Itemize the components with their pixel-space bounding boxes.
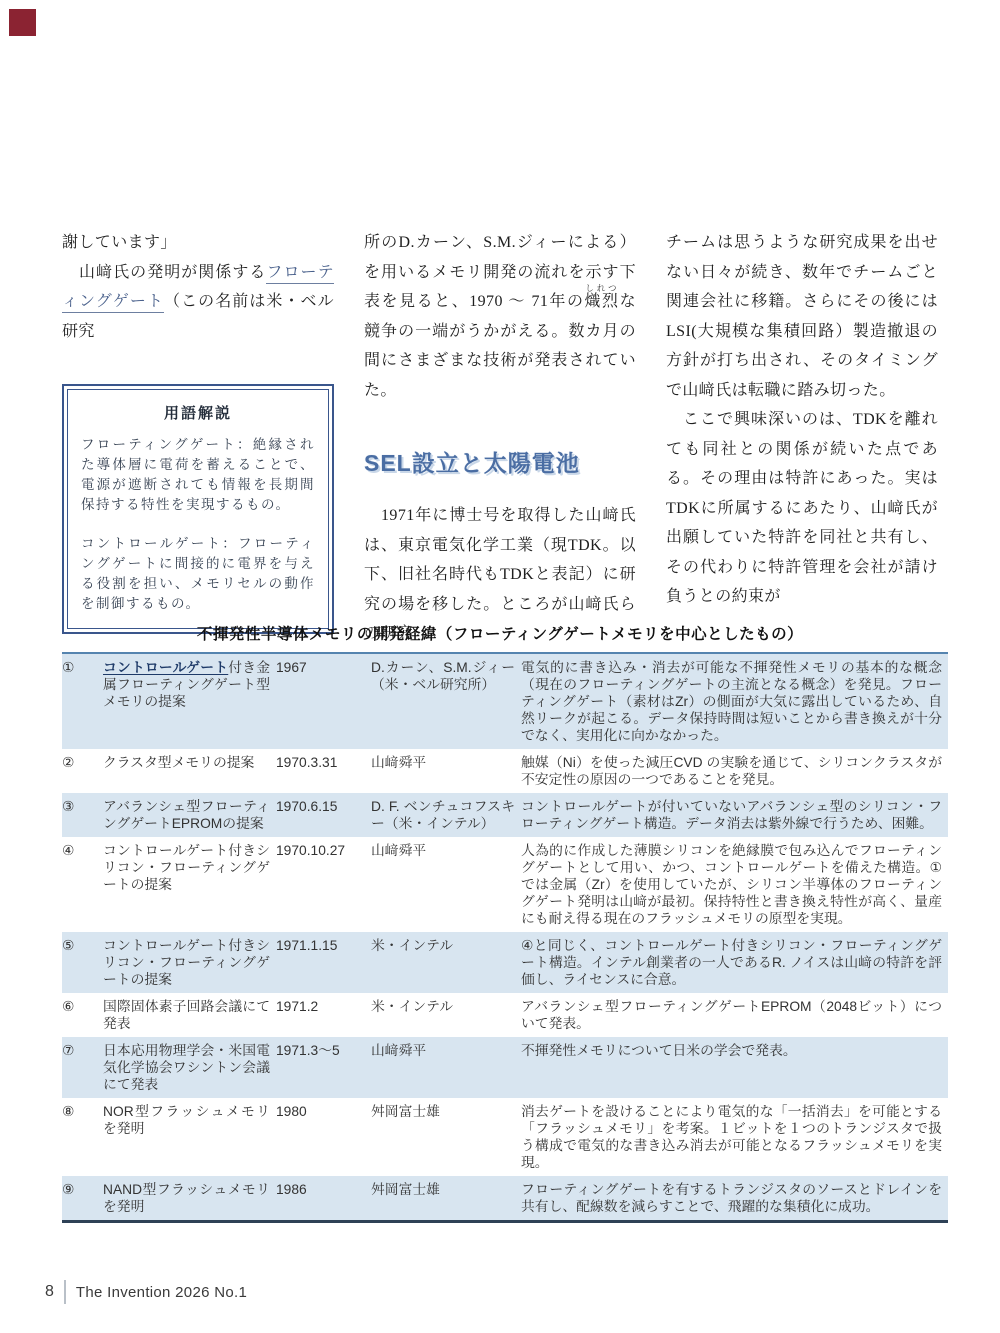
row-person: 山﨑舜平 bbox=[371, 749, 521, 793]
row-description: 電気的に書き込み・消去が可能な不揮発性メモリの基本的な概念（現在のフローティング… bbox=[521, 653, 948, 749]
table-row: ⑧ NOR型フラッシュメモリを発明 1980 舛岡富士雄 消去ゲートを設けること… bbox=[62, 1098, 948, 1176]
table-row: ⑥ 国際固体素子回路会議にて発表 1971.2 米・インテル アバランシェ型フロ… bbox=[62, 993, 948, 1037]
text-column-1: 謝しています」 山﨑氏の発明が関係するフローティングゲート（この名前は米・ベル研… bbox=[62, 228, 334, 649]
row-subject: NAND型フラッシュメモリを発明 bbox=[103, 1176, 276, 1222]
row-subject: コントロールゲート付きシリコン・フローティングゲートの提案 bbox=[103, 932, 276, 993]
row-subject: コントロールゲート付き金属フローティングゲート型メモリの提案 bbox=[103, 653, 276, 749]
row-subject: NOR型フラッシュメモリを発明 bbox=[103, 1098, 276, 1176]
text-column-2: 所のD.カーン、S.M.ジィーによる）を用いるメモリ開発の流れを示す下表を見ると… bbox=[364, 228, 636, 649]
glossary-paragraph: コントロールゲート：フローティングゲートに間接的に電界を与える役割を担い、メモリ… bbox=[81, 534, 315, 614]
row-person: D.カーン、S.M.ジィー（米・ベル研究所） bbox=[371, 653, 521, 749]
row-date: 1970.6.15 bbox=[276, 793, 371, 837]
row-date: 1970.10.27 bbox=[276, 837, 371, 932]
table-row: ② クラスタ型メモリの提案 1970.3.31 山﨑舜平 触媒（Ni）を使った減… bbox=[62, 749, 948, 793]
row-number: ⑦ bbox=[62, 1037, 103, 1098]
table-row: ⑦ 日本応用物理学会・米国電気化学協会ワシントン会議にて発表 1971.3～5 … bbox=[62, 1037, 948, 1098]
row-number: ④ bbox=[62, 837, 103, 932]
row-number: ⑤ bbox=[62, 932, 103, 993]
row-number: ⑧ bbox=[62, 1098, 103, 1176]
row-description: コントロールゲートが付いていないアバランシェ型のシリコン・フローティングゲート構… bbox=[521, 793, 948, 837]
text-column-3: チームは思うような研究成果を出せない日々が続き、数年でチームごと関連会社に移籍。… bbox=[666, 228, 938, 649]
row-person: 山﨑舜平 bbox=[371, 1037, 521, 1098]
glossary-box-inner: 用語解説 フローティングゲート：絶縁された導体層に電荷を蓄えることで、電源が遮断… bbox=[67, 389, 329, 629]
footer-divider bbox=[64, 1280, 66, 1304]
table-row: ③ アバランシェ型フローティングゲートEPROMの提案 1970.6.15 D.… bbox=[62, 793, 948, 837]
development-history-table: ① コントロールゲート付き金属フローティングゲート型メモリの提案 1967 D.… bbox=[62, 652, 948, 1223]
row-description: ④と同じく、コントロールゲート付きシリコン・フローティングゲート構造。インテル創… bbox=[521, 932, 948, 993]
glossary-title: 用語解説 bbox=[81, 402, 315, 423]
ruby-annotation: 熾烈しれつ bbox=[585, 293, 620, 310]
row-description: フローティングゲートを有するトランジスタのソースとドレインを共有し、配線数を減ら… bbox=[521, 1176, 948, 1222]
row-date: 1967 bbox=[276, 653, 371, 749]
page-number: 8 bbox=[45, 1283, 54, 1301]
row-description: アバランシェ型フローティングゲートEPROM（2048ビット）について発表。 bbox=[521, 993, 948, 1037]
row-date: 1971.2 bbox=[276, 993, 371, 1037]
glossary-paragraph: フローティングゲート：絶縁された導体層に電荷を蓄えることで、電源が遮断されても情… bbox=[81, 435, 315, 515]
page-footer: 8 The Invention 2026 No.1 bbox=[45, 1280, 247, 1304]
table-row: ① コントロールゲート付き金属フローティングゲート型メモリの提案 1967 D.… bbox=[62, 653, 948, 749]
table-row: ④ コントロールゲート付きシリコン・フローティングゲートの提案 1970.10.… bbox=[62, 837, 948, 932]
row-date: 1971.3～5 bbox=[276, 1037, 371, 1098]
row-subject: クラスタ型メモリの提案 bbox=[103, 749, 276, 793]
row-person: 米・インテル bbox=[371, 993, 521, 1037]
row-date: 1971.1.15 bbox=[276, 932, 371, 993]
row-date: 1970.3.31 bbox=[276, 749, 371, 793]
row-number: ① bbox=[62, 653, 103, 749]
row-person: 米・インテル bbox=[371, 932, 521, 993]
row-description: 触媒（Ni）を使った減圧CVD の実験を通じて、シリコンクラスタが不安定性の原因… bbox=[521, 749, 948, 793]
row-description: 不揮発性メモリについて日米の学会で発表。 bbox=[521, 1037, 948, 1098]
table-title: 不揮発性半導体メモリの開発経緯（フローティングゲートメモリを中心としたもの） bbox=[62, 624, 938, 646]
body-paragraph: 謝しています」 bbox=[62, 228, 334, 258]
row-subject: 国際固体素子回路会議にて発表 bbox=[103, 993, 276, 1037]
body-paragraph: 所のD.カーン、S.M.ジィーによる）を用いるメモリ開発の流れを示す下表を見ると… bbox=[364, 228, 636, 405]
row-subject: コントロールゲート付きシリコン・フローティングゲートの提案 bbox=[103, 837, 276, 932]
glossary-box: 用語解説 フローティングゲート：絶縁された導体層に電荷を蓄えることで、電源が遮断… bbox=[62, 384, 334, 634]
row-number: ② bbox=[62, 749, 103, 793]
table-row: ⑨ NAND型フラッシュメモリを発明 1986 舛岡富士雄 フローティングゲート… bbox=[62, 1176, 948, 1222]
row-subject: 日本応用物理学会・米国電気化学協会ワシントン会議にて発表 bbox=[103, 1037, 276, 1098]
row-number: ⑥ bbox=[62, 993, 103, 1037]
row-number: ⑨ bbox=[62, 1176, 103, 1222]
row-subject: アバランシェ型フローティングゲートEPROMの提案 bbox=[103, 793, 276, 837]
control-gate-link[interactable]: コントロールゲート bbox=[103, 660, 228, 675]
ruby-text: しれつ bbox=[585, 283, 619, 293]
row-description: 消去ゲートを設けることにより電気的な「一括消去」を可能とする「フラッシュメモリ」… bbox=[521, 1098, 948, 1176]
body-paragraph: チームは思うような研究成果を出せない日々が続き、数年でチームごと関連会社に移籍。… bbox=[666, 228, 938, 405]
row-number: ③ bbox=[62, 793, 103, 837]
development-history-section: 不揮発性半導体メモリの開発経緯（フローティングゲートメモリを中心としたもの） ①… bbox=[62, 624, 938, 1223]
row-person: 舛岡富士雄 bbox=[371, 1098, 521, 1176]
paragraph-text: 山﨑氏の発明が関係する bbox=[62, 264, 266, 281]
body-paragraph: 山﨑氏の発明が関係するフローティングゲート（この名前は米・ベル研究 bbox=[62, 258, 334, 347]
row-person: D. F. ベンチュコフスキー（米・インテル） bbox=[371, 793, 521, 837]
row-person: 舛岡富士雄 bbox=[371, 1176, 521, 1222]
article-columns: 謝しています」 山﨑氏の発明が関係するフローティングゲート（この名前は米・ベル研… bbox=[62, 228, 938, 649]
body-paragraph: ここで興味深いのは、TDKを離れても同社との関係が続いた点である。その理由は特許… bbox=[666, 405, 938, 612]
row-description: 人為的に作成した薄膜シリコンを絶縁膜で包み込んでフローティングゲートとして用い、… bbox=[521, 837, 948, 932]
page-corner-marker bbox=[9, 9, 36, 36]
ruby-base: 熾烈 bbox=[585, 293, 620, 310]
magazine-title: The Invention 2026 No.1 bbox=[76, 1284, 247, 1301]
row-date: 1980 bbox=[276, 1098, 371, 1176]
table-row: ⑤ コントロールゲート付きシリコン・フローティングゲートの提案 1971.1.1… bbox=[62, 932, 948, 993]
section-heading: SEL設立と太陽電池 bbox=[364, 449, 636, 477]
row-date: 1986 bbox=[276, 1176, 371, 1222]
row-person: 山﨑舜平 bbox=[371, 837, 521, 932]
magazine-page: 謝しています」 山﨑氏の発明が関係するフローティングゲート（この名前は米・ベル研… bbox=[0, 0, 1000, 1333]
